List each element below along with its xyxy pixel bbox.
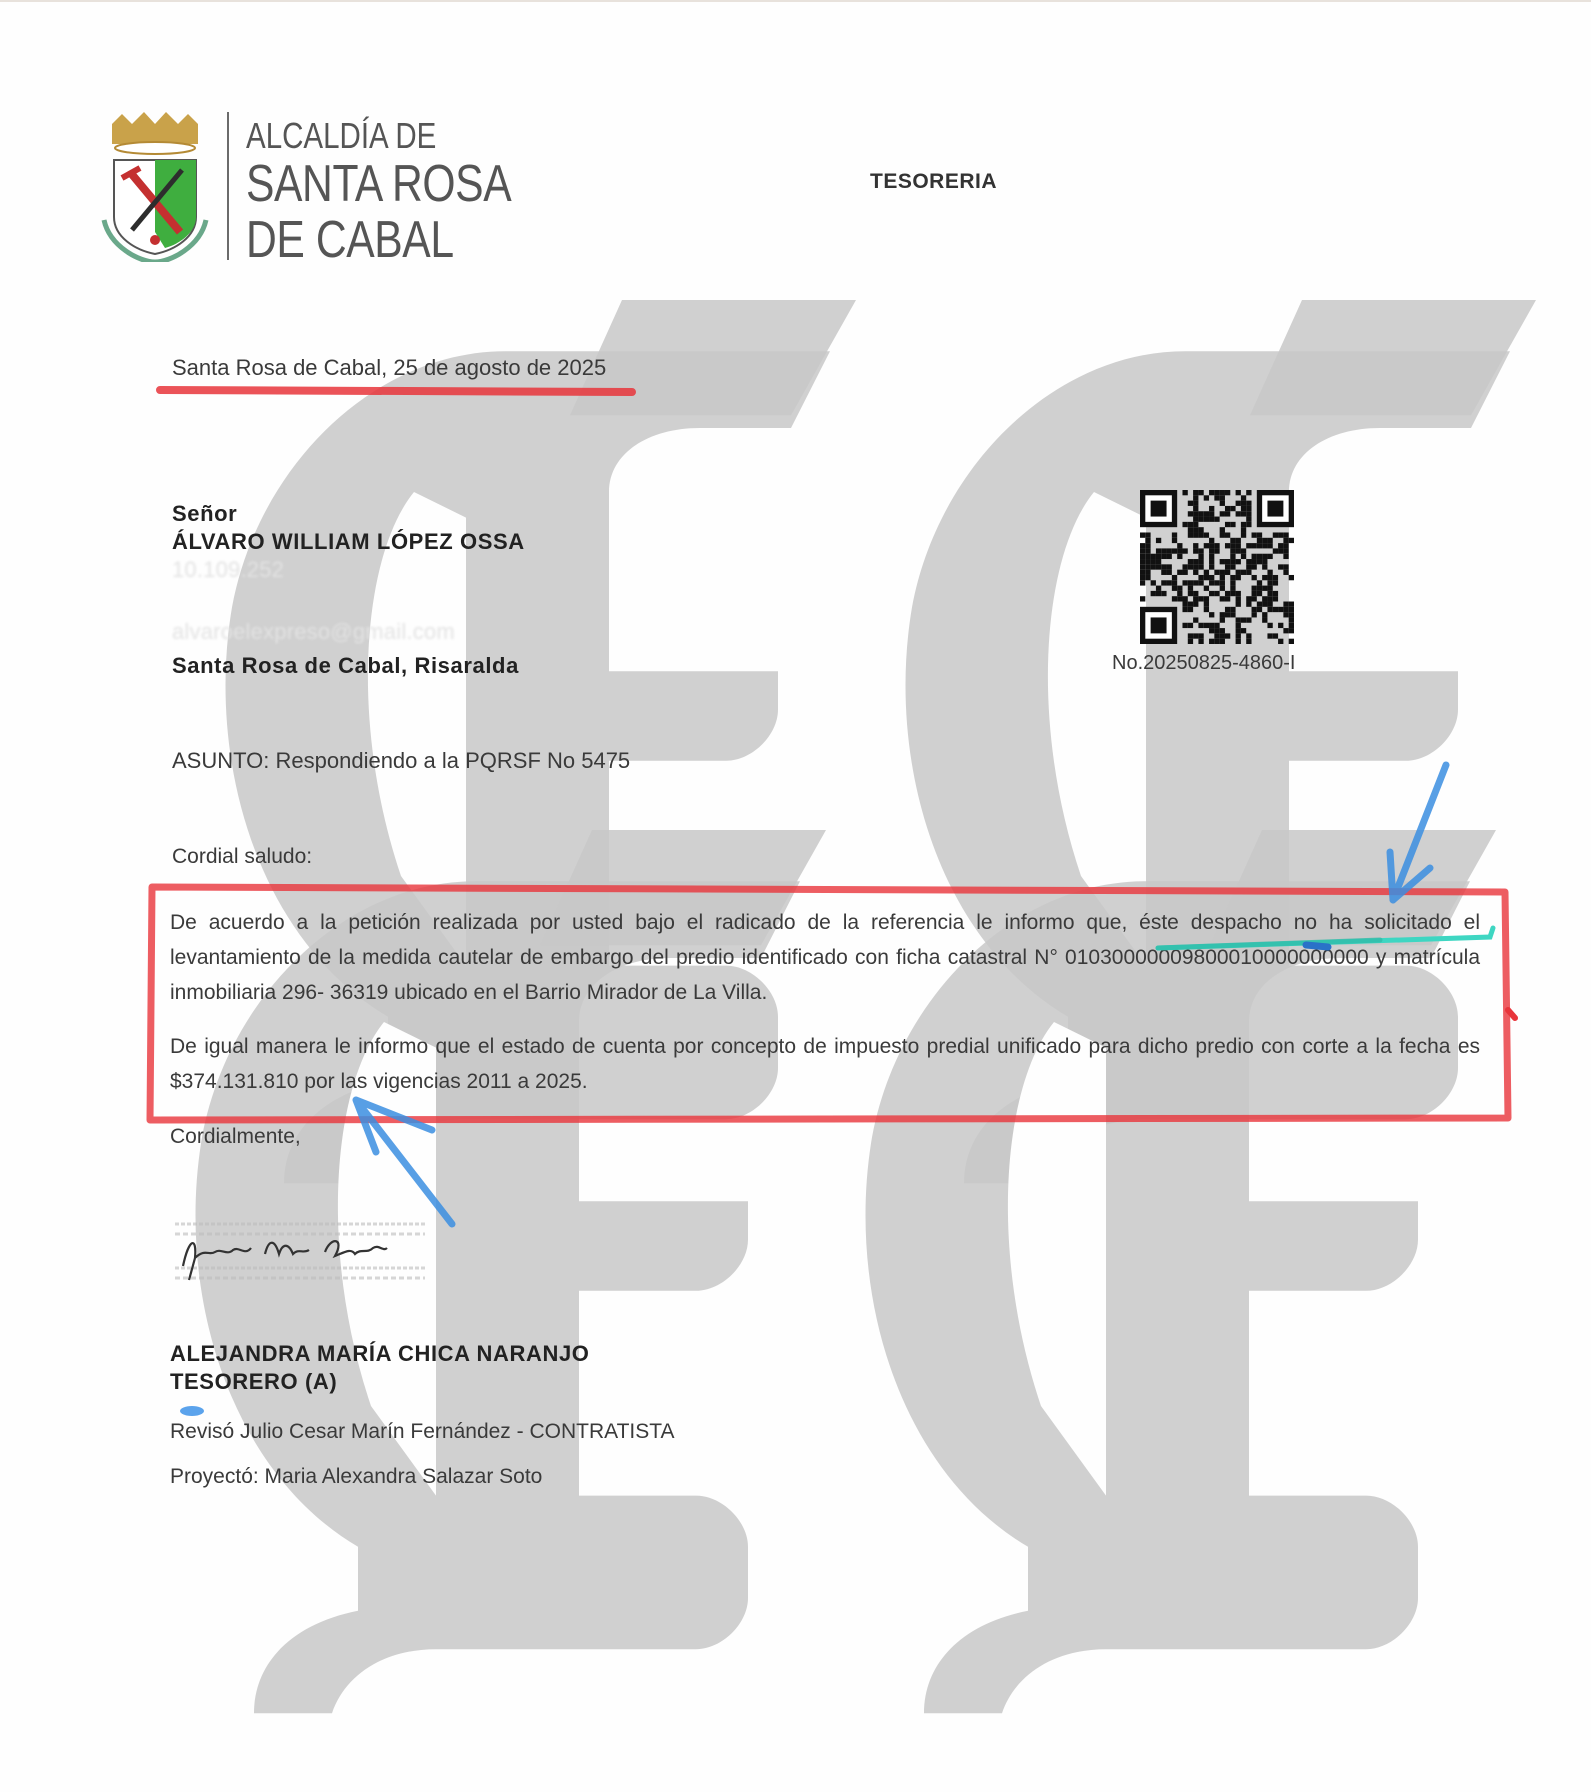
addressee-id: 10.109.252: [172, 556, 525, 584]
paragraph-2: De igual manera le informo que el estado…: [170, 1029, 1480, 1099]
greeting: Cordial saludo:: [172, 845, 312, 869]
radicado-number: No.20250825-4860-I: [1112, 652, 1295, 675]
subject-line: ASUNTO: Respondiendo a la PQRSF No 5475: [172, 748, 630, 774]
addressee-email: alvaroelexpreso@gmail.com: [172, 618, 525, 646]
reviewed-by: Revisó Julio Cesar Marín Fernández - CON…: [170, 1420, 675, 1444]
projected-by: Proyectó: Maria Alexandra Salazar Soto: [170, 1465, 542, 1489]
signer-title: TESORERO (A): [170, 1368, 590, 1396]
paragraph-1: De acuerdo a la petición realizada por u…: [170, 905, 1480, 1010]
addressee-name: ÁLVARO WILLIAM LÓPEZ OSSA: [172, 528, 525, 556]
salutation: Señor: [172, 500, 525, 528]
signer-block: ALEJANDRA MARÍA CHICA NARANJO TESORERO (…: [170, 1340, 590, 1396]
addressee-block: Señor ÁLVARO WILLIAM LÓPEZ OSSA 10.109.2…: [172, 500, 525, 680]
qr-code: [1140, 490, 1294, 644]
place-date: Santa Rosa de Cabal, 25 de agosto de 202…: [172, 355, 606, 381]
letter-body: Santa Rosa de Cabal, 25 de agosto de 202…: [0, 0, 1591, 1792]
closing: Cordialmente,: [170, 1125, 301, 1149]
signature-image: [175, 1218, 435, 1288]
spacer: [172, 584, 525, 618]
signer-name: ALEJANDRA MARÍA CHICA NARANJO: [170, 1340, 590, 1368]
addressee-city: Santa Rosa de Cabal, Risaralda: [172, 652, 525, 680]
